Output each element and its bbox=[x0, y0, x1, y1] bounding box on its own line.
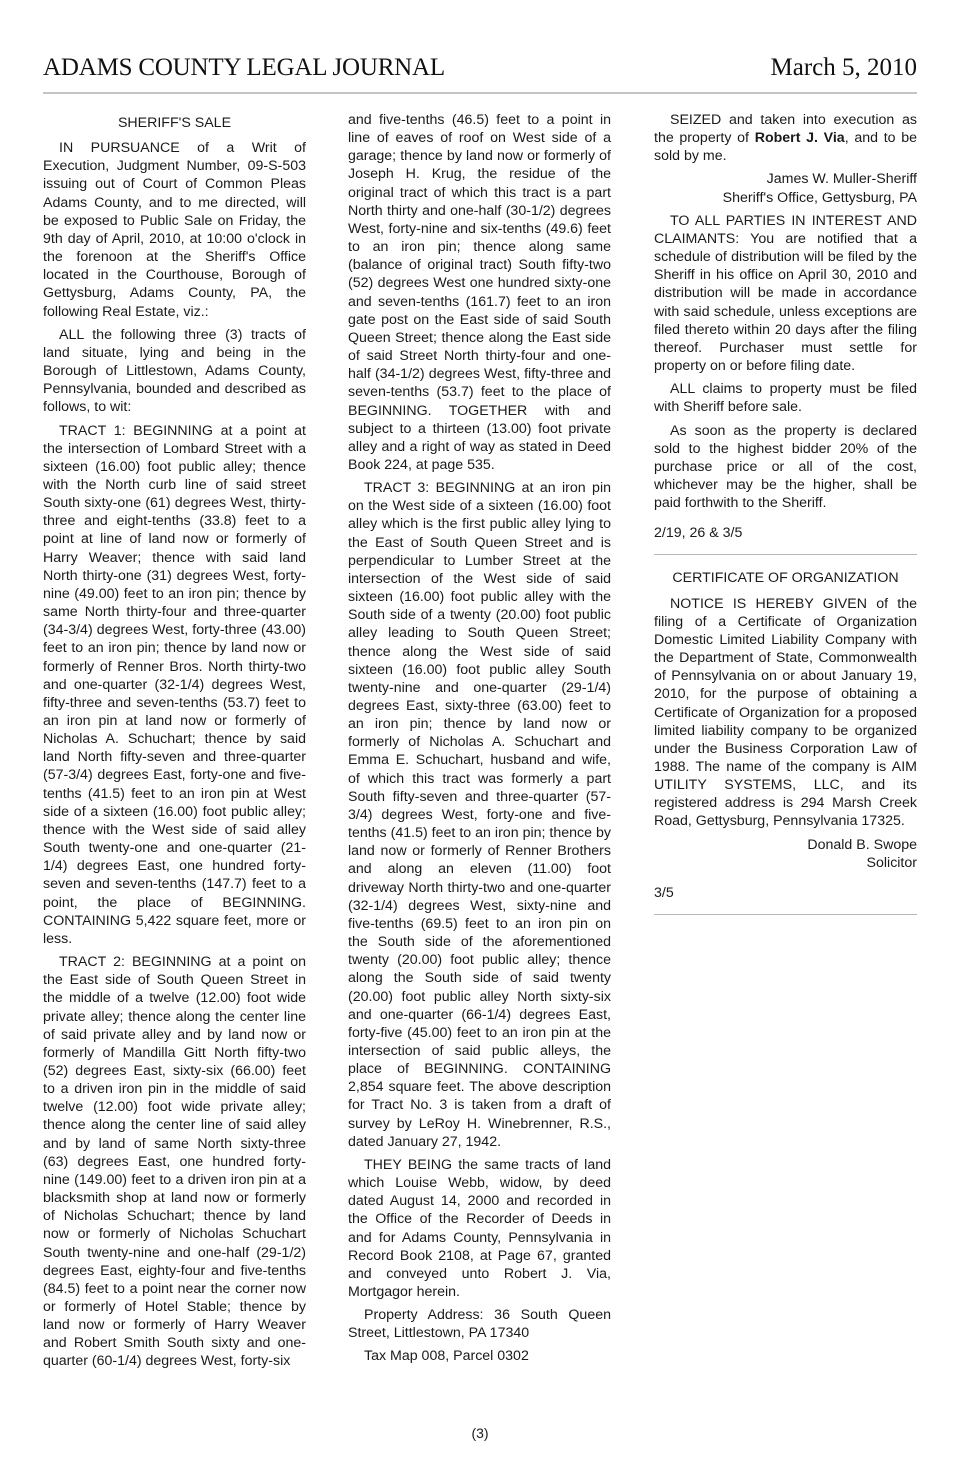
tract-1-paragraph: TRACT 1: BEGINNING at a point at the int… bbox=[43, 422, 306, 949]
claimants-notice-paragraph: TO ALL PARTIES IN INTEREST AND CLAIMANTS… bbox=[654, 212, 917, 375]
tax-map-parcel: Tax Map 008, Parcel 0302 bbox=[348, 1347, 611, 1365]
sheriffs-sale-heading: SHERIFF'S SALE bbox=[43, 114, 306, 132]
journal-title: ADAMS COUNTY LEGAL JOURNAL bbox=[43, 54, 445, 82]
seized-paragraph: SEIZED and taken into execution as the p… bbox=[654, 111, 917, 165]
deposit-terms-paragraph: As soon as the property is declared sold… bbox=[654, 422, 917, 513]
section-divider-end bbox=[654, 914, 917, 915]
column-3: SEIZED and taken into execution as the p… bbox=[654, 111, 917, 929]
sheriffs-sale-run-dates: 2/19, 26 & 3/5 bbox=[654, 524, 917, 542]
certificate-body-paragraph: NOTICE IS HEREBY GIVEN of the filing of … bbox=[654, 595, 917, 831]
solicitor-title: Solicitor bbox=[654, 854, 917, 872]
sheriff-office: Sheriff's Office, Gettysburg, PA bbox=[654, 189, 917, 207]
property-owner-name: Robert J. Via bbox=[755, 130, 845, 146]
tract-2-paragraph: TRACT 2: BEGINNING at a point on the Eas… bbox=[43, 953, 306, 1371]
column-2: and five-tenths (46.5) feet to a point i… bbox=[348, 111, 611, 1371]
certificate-heading: CERTIFICATE OF ORGANIZATION bbox=[654, 569, 917, 587]
deed-history-paragraph: THEY BEING the same tracts of land which… bbox=[348, 1156, 611, 1301]
property-address: Property Address: 36 South Queen Street,… bbox=[348, 1306, 611, 1342]
column-1: SHERIFF'S SALE IN PURSUANCE of a Writ of… bbox=[43, 111, 306, 1376]
tract-2-continued-paragraph: and five-tenths (46.5) feet to a point i… bbox=[348, 111, 611, 474]
page-number: (3) bbox=[0, 1425, 960, 1441]
issue-date: March 5, 2010 bbox=[771, 54, 918, 82]
sheriff-signature-block: James W. Muller-Sheriff Sheriff's Office… bbox=[654, 170, 917, 206]
certificate-run-dates: 3/5 bbox=[654, 884, 917, 902]
tracts-intro-paragraph: ALL the following three (3) tracts of la… bbox=[43, 326, 306, 417]
page-header: ADAMS COUNTY LEGAL JOURNAL March 5, 2010 bbox=[43, 50, 917, 94]
section-divider bbox=[654, 554, 917, 555]
solicitor-name: Donald B. Swope bbox=[654, 836, 917, 854]
sheriff-name: James W. Muller-Sheriff bbox=[654, 170, 917, 188]
writ-paragraph: IN PURSUANCE of a Writ of Execution, Jud… bbox=[43, 139, 306, 321]
claims-paragraph: ALL claims to property must be filed wit… bbox=[654, 380, 917, 416]
solicitor-signature-block: Donald B. Swope Solicitor bbox=[654, 836, 917, 872]
tract-3-paragraph: TRACT 3: BEGINNING at an iron pin on the… bbox=[348, 479, 611, 1151]
